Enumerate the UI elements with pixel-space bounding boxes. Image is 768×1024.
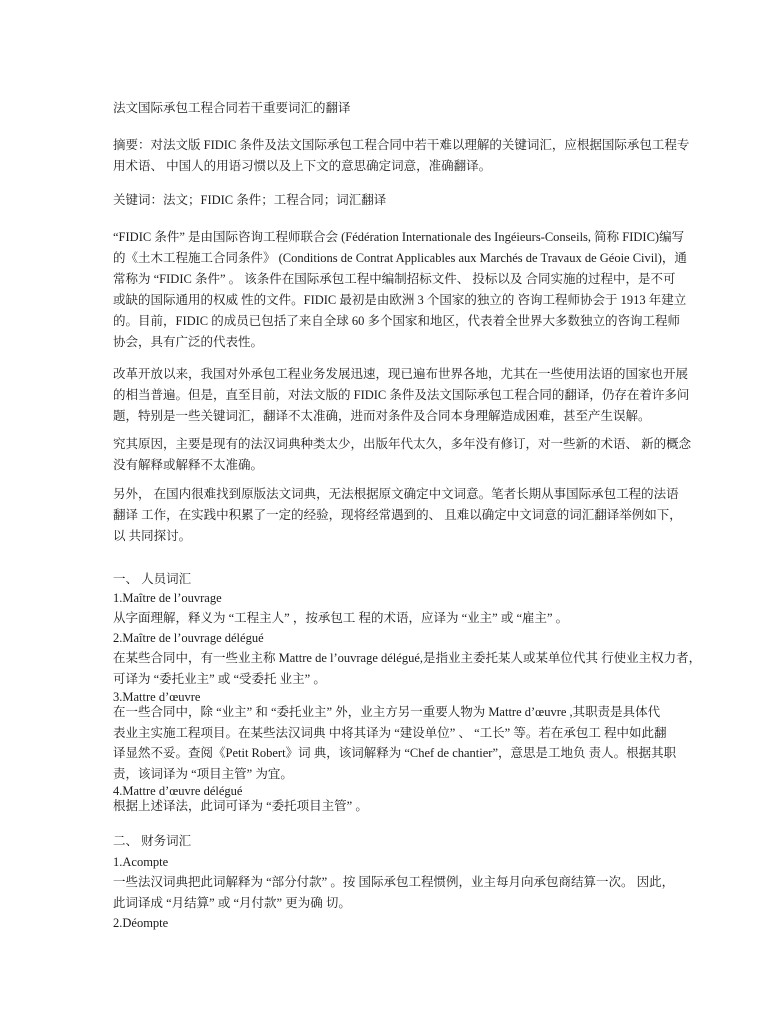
term-acompte: 1.Acompte [113,852,709,873]
section-heading-finance-vocabulary: 二、 财务词汇 [113,831,709,852]
paragraph-reform-opening: 改革开放以来，我国对外承包工程业务发展迅速，现已遍布世界各地，尤其在一些使用法语… [113,364,709,427]
paragraph-dictionary-reason: 究其原因，主要是现有的法汉词典种类太少，出版年代太久，多年没有修订，对一些新的术… [113,434,709,476]
definition-maitre-de-l-ouvrage: 从字面理解，释义为 “工程主人” ，按承包工 程的术语，应译为 “业主” 或 “… [113,608,709,629]
abstract-paragraph: 摘要：对法文版 FIDIC 条件及法文国际承包工程合同中若干难以理解的关键词汇，… [113,135,709,177]
document-page: 法文国际承包工程合同若干重要词汇的翻译 摘要：对法文版 FIDIC 条件及法文国… [0,0,768,1024]
term-deompte: 2.Déompte [113,913,709,934]
term-maitre-de-l-ouvrage: 1.Maître de l’ouvrage [113,588,709,609]
definition-maitre-de-l-ouvrage-delegue: 在某些合同中，有一些业主称 Mattre de l’ouvrage délégu… [113,648,709,690]
definition-mattre-d-oeuvre: 在一些合同中，除 “业主” 和 “委托业主” 外，业主方另一重要人物为 Matt… [113,702,709,784]
term-maitre-de-l-ouvrage-delegue: 2.Maître de l’ouvrage délégué [113,628,709,649]
keywords-line: 关键词：法文；FIDIC 条件；工程合同；词汇翻译 [113,190,709,211]
document-title: 法文国际承包工程合同若干重要词汇的翻译 [113,98,709,119]
paragraph-fidic-intro: “FIDIC 条件” 是由国际咨询工程师联合会 (Fédération Inte… [113,227,709,353]
definition-acompte: 一些法汉词典把此词解释为 “部分付款” 。按 国际承包工程惯例，业主每月向承包商… [113,872,709,914]
section-heading-personnel-vocabulary: 一、 人员词汇 [113,569,709,590]
definition-mattre-d-oeuvre-delegue: 根据上述译法，此词可译为 “委托项目主管” 。 [113,796,709,817]
paragraph-author-experience: 另外， 在国内很难找到原版法文词典，无法根据原文确定中文词意。笔者长期从事国际承… [113,484,709,547]
